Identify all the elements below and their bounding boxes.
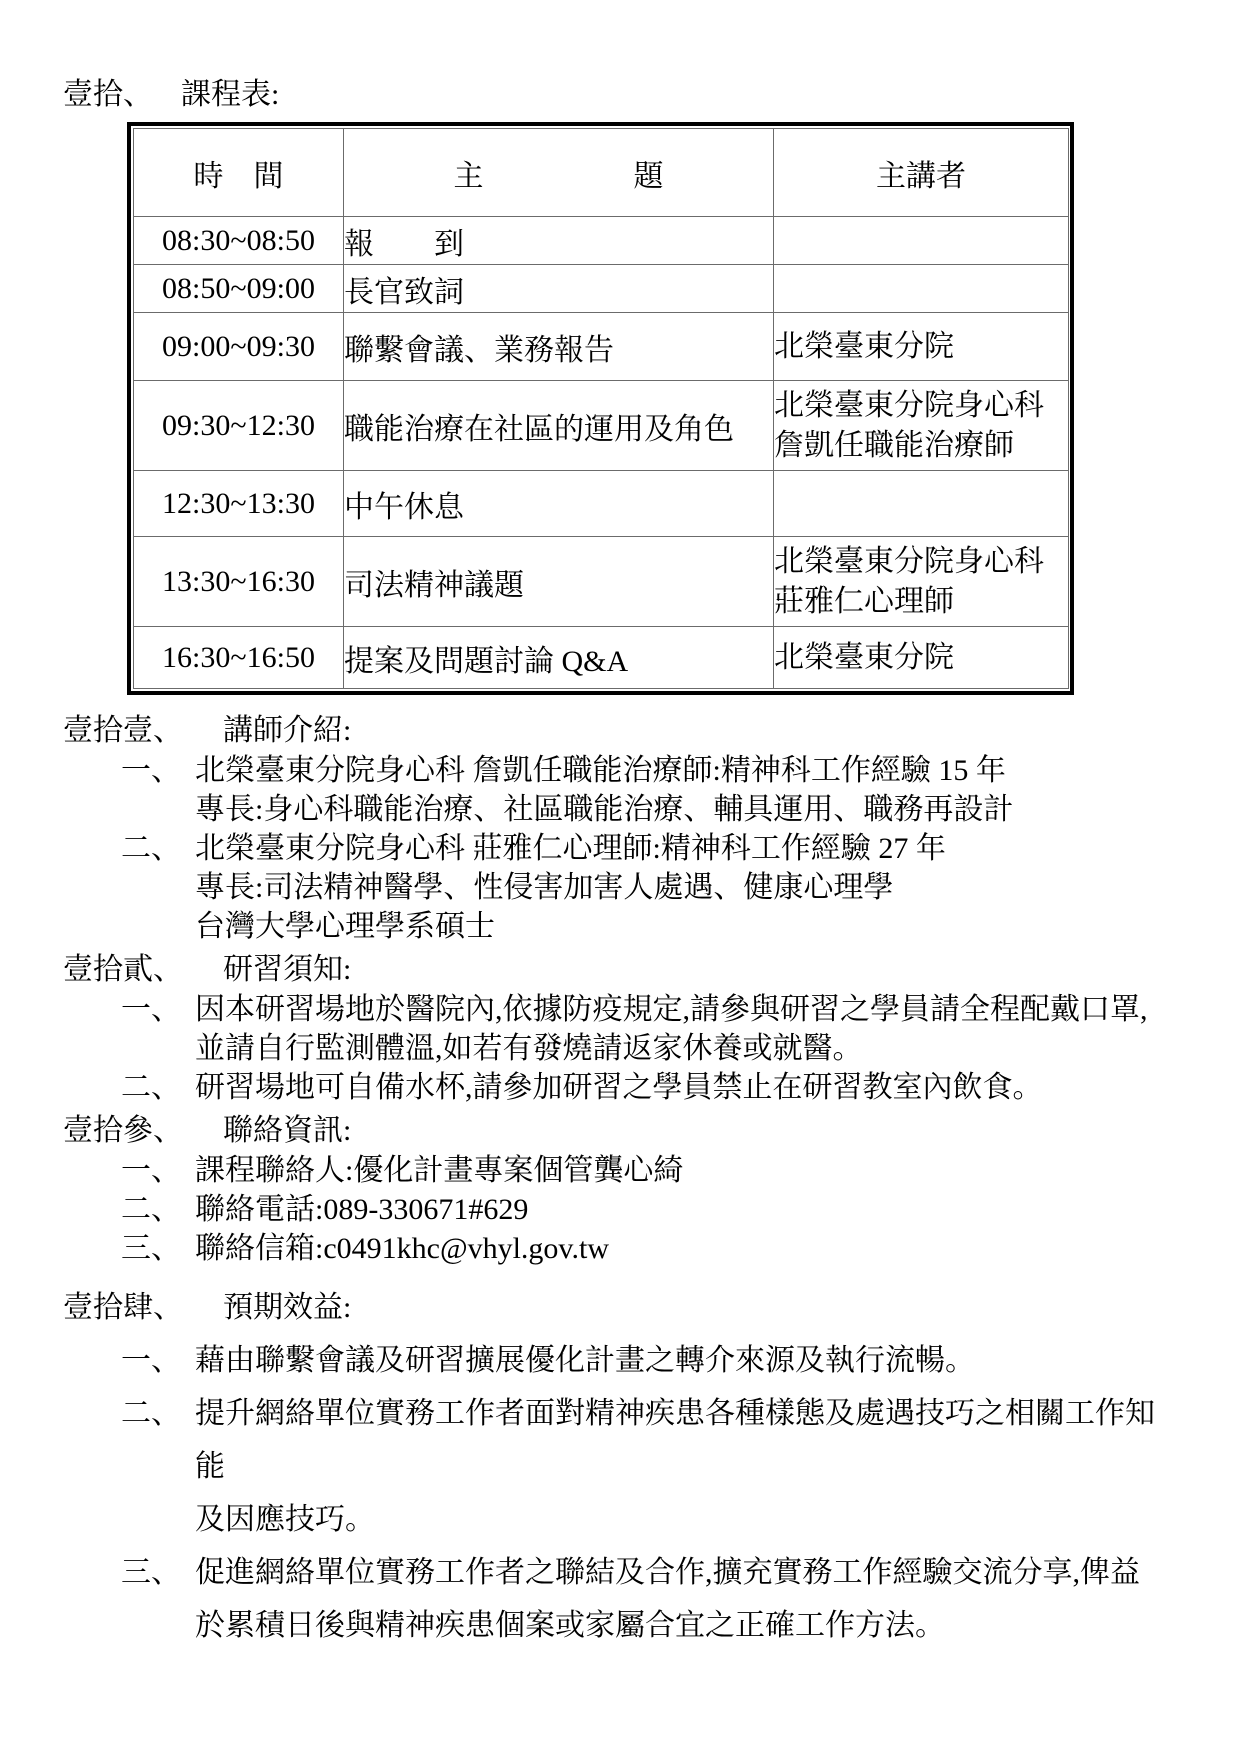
- topic-cell: 司法精神議題: [344, 537, 774, 627]
- item-text: 藉由聯繫會議及研習擴展優化計畫之轉介來源及執行流暢。: [195, 1334, 1155, 1387]
- section-heading: 壹拾壹、 講師介紹:: [63, 711, 1181, 751]
- table-row: 12:30~13:30 中午休息: [134, 471, 1069, 537]
- section-number: 壹拾、: [63, 74, 181, 116]
- item-text: 因本研習場地於醫院內,依據防疫規定,請參與研習之學員請全程配戴口罩, 並請自行監…: [195, 990, 1155, 1068]
- section-number: 壹拾貳、: [63, 950, 223, 990]
- table-row: 08:30~08:50 報 到: [134, 217, 1069, 265]
- section-title: 講師介紹:: [223, 711, 351, 751]
- item-text: 北榮臺東分院身心科 詹凱任職能治療師:精神科工作經驗 15 年 專長:身心科職能…: [195, 751, 1155, 829]
- header-time: 時 間: [134, 129, 344, 217]
- section-expected-benefits: 壹拾肆、 預期效益: 一、 藉由聯繫會議及研習擴展優化計畫之轉介來源及執行流暢。…: [63, 1288, 1181, 1652]
- time-cell: 08:30~08:50: [134, 217, 344, 265]
- section-heading: 壹拾肆、 預期效益:: [63, 1288, 1181, 1328]
- table-row: 09:00~09:30 聯繫會議、業務報告 北榮臺東分院: [134, 313, 1069, 381]
- contact-email-text: 聯絡信箱:c0491khc@vhyl.gov.tw: [195, 1229, 1155, 1268]
- speaker-cell: 北榮臺東分院: [774, 627, 1069, 689]
- item-number: 一、: [121, 1151, 195, 1190]
- item-text: 提升網絡單位實務工作者面對精神疾患各種樣態及處遇技巧之相關工作知能 及因應技巧。: [195, 1387, 1155, 1546]
- section-title: 聯絡資訊:: [223, 1111, 351, 1151]
- item-number: 一、: [121, 1334, 195, 1387]
- item-number: 二、: [121, 829, 195, 946]
- section-study-notes: 壹拾貳、 研習須知: 一、 因本研習場地於醫院內,依據防疫規定,請參與研習之學員…: [63, 950, 1181, 1107]
- time-cell: 13:30~16:30: [134, 537, 344, 627]
- list-item: 三、 促進網絡單位實務工作者之聯結及合作,擴充實務工作經驗交流分享,俾益 於累積…: [121, 1546, 1181, 1652]
- item-number: 二、: [121, 1068, 195, 1107]
- topic-cell: 中午休息: [344, 471, 774, 537]
- item-number: 一、: [121, 751, 195, 829]
- document-page: 壹拾、 課程表: 時 間 主 題 主講者 08:30~08:50 報 到 08:…: [0, 0, 1241, 1652]
- section-title: 研習須知:: [223, 950, 351, 990]
- section-title: 預期效益:: [223, 1288, 351, 1328]
- page-title: 壹拾、 課程表:: [63, 74, 1181, 116]
- time-cell: 12:30~13:30: [134, 471, 344, 537]
- section-number: 壹拾參、: [63, 1111, 223, 1151]
- time-cell: 08:50~09:00: [134, 265, 344, 313]
- speaker-cell: [774, 471, 1069, 537]
- time-cell: 16:30~16:50: [134, 627, 344, 689]
- item-text: 研習場地可自備水杯,請參加研習之學員禁止在研習教室內飲食。: [195, 1068, 1155, 1107]
- item-text: 北榮臺東分院身心科 莊雅仁心理師:精神科工作經驗 27 年 專長:司法精神醫學、…: [195, 829, 1155, 946]
- speaker-cell: [774, 217, 1069, 265]
- table-row: 08:50~09:00 長官致詞: [134, 265, 1069, 313]
- table-row: 13:30~16:30 司法精神議題 北榮臺東分院身心科 莊雅仁心理師: [134, 537, 1069, 627]
- topic-cell: 職能治療在社區的運用及角色: [344, 381, 774, 471]
- list-item: 一、 因本研習場地於醫院內,依據防疫規定,請參與研習之學員請全程配戴口罩, 並請…: [121, 990, 1181, 1068]
- header-speaker: 主講者: [774, 129, 1069, 217]
- speaker-cell: 北榮臺東分院身心科 詹凱任職能治療師: [774, 381, 1069, 471]
- section-number: 壹拾肆、: [63, 1288, 223, 1328]
- section-contact-info: 壹拾參、 聯絡資訊: 一、 課程聯絡人:優化計畫專案個管龔心綺 二、 聯絡電話:…: [63, 1111, 1181, 1268]
- time-cell: 09:00~09:30: [134, 313, 344, 381]
- list-item-contact-phone: 二、 聯絡電話:089-330671#629: [121, 1190, 1181, 1229]
- section-heading: 壹拾參、 聯絡資訊:: [63, 1111, 1181, 1151]
- speaker-cell: [774, 265, 1069, 313]
- item-number: 一、: [121, 990, 195, 1068]
- list-item: 一、 北榮臺東分院身心科 詹凱任職能治療師:精神科工作經驗 15 年 專長:身心…: [121, 751, 1181, 829]
- speaker-cell: 北榮臺東分院: [774, 313, 1069, 381]
- list-item-contact-email: 三、 聯絡信箱:c0491khc@vhyl.gov.tw: [121, 1229, 1181, 1268]
- contact-person-text: 課程聯絡人:優化計畫專案個管龔心綺: [195, 1151, 1155, 1190]
- item-number: 二、: [121, 1387, 195, 1546]
- list-item-contact-person: 一、 課程聯絡人:優化計畫專案個管龔心綺: [121, 1151, 1181, 1190]
- topic-cell: 報 到: [344, 217, 774, 265]
- header-topic: 主 題: [344, 129, 774, 217]
- table-header-row: 時 間 主 題 主講者: [134, 129, 1069, 217]
- list-item: 二、 北榮臺東分院身心科 莊雅仁心理師:精神科工作經驗 27 年 專長:司法精神…: [121, 829, 1181, 946]
- page-title-text: 課程表:: [181, 74, 279, 116]
- list-item: 二、 提升網絡單位實務工作者面對精神疾患各種樣態及處遇技巧之相關工作知能 及因應…: [121, 1387, 1181, 1546]
- list-item: 一、 藉由聯繫會議及研習擴展優化計畫之轉介來源及執行流暢。: [121, 1334, 1181, 1387]
- time-cell: 09:30~12:30: [134, 381, 344, 471]
- section-number: 壹拾壹、: [63, 711, 223, 751]
- section-lecturer-intro: 壹拾壹、 講師介紹: 一、 北榮臺東分院身心科 詹凱任職能治療師:精神科工作經驗…: [63, 711, 1181, 946]
- section-heading: 壹拾貳、 研習須知:: [63, 950, 1181, 990]
- list-item: 二、 研習場地可自備水杯,請參加研習之學員禁止在研習教室內飲食。: [121, 1068, 1181, 1107]
- table-row: 09:30~12:30 職能治療在社區的運用及角色 北榮臺東分院身心科 詹凱任職…: [134, 381, 1069, 471]
- schedule-table: 時 間 主 題 主講者 08:30~08:50 報 到 08:50~09:00 …: [133, 128, 1069, 689]
- item-number: 三、: [121, 1229, 195, 1268]
- schedule-table-frame: 時 間 主 題 主講者 08:30~08:50 報 到 08:50~09:00 …: [127, 122, 1074, 695]
- topic-cell: 聯繫會議、業務報告: [344, 313, 774, 381]
- item-text: 促進網絡單位實務工作者之聯結及合作,擴充實務工作經驗交流分享,俾益 於累積日後與…: [195, 1546, 1155, 1652]
- contact-phone-text: 聯絡電話:089-330671#629: [195, 1190, 1155, 1229]
- table-row: 16:30~16:50 提案及問題討論 Q&A 北榮臺東分院: [134, 627, 1069, 689]
- topic-cell: 提案及問題討論 Q&A: [344, 627, 774, 689]
- speaker-cell: 北榮臺東分院身心科 莊雅仁心理師: [774, 537, 1069, 627]
- item-number: 三、: [121, 1546, 195, 1652]
- topic-cell: 長官致詞: [344, 265, 774, 313]
- item-number: 二、: [121, 1190, 195, 1229]
